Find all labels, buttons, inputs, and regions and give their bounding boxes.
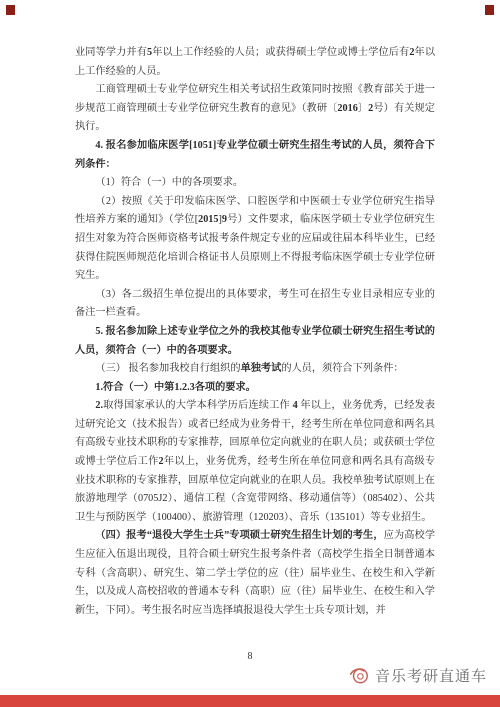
red-corner-mark-right [485,5,494,15]
text-run: 2. [95,400,103,411]
text-run: 2016 [337,103,357,114]
page: 业同等学力并有5年以上工作经验的人员；或获得硕士学位或博士学位后有2年以上工作经… [0,0,500,707]
red-corner-mark-left [6,5,15,15]
text-run: （四）报考“退役大学生士兵”专项硕士研究生招生计划的考生， [95,530,383,541]
text-run: （1）符合（一）中的各项要求。 [95,177,243,188]
paragraph: （3）各二级招生单位提出的具体要求，考生可在招生专业目录相应专业的备注一栏查看。 [75,286,435,323]
paragraph: 1.符合（一）中第1.2.3各项的要求。 [75,379,435,398]
text-run: 的人员，须符合下列条件： [281,363,403,374]
text-run: 年以上工作经验的人员；或获得硕士学位或博士学位后有 [152,47,409,58]
text-run: 2015 [198,214,218,225]
text-run: 业同等学力并有 [75,47,147,58]
paragraph: （1）符合（一）中的各项要求。 [75,174,435,193]
watermark: 音乐考研直通车 [348,664,487,686]
text-run: 单独考试 [241,363,282,374]
text-run: 应为高校学生应征入伍退出现役，且符合硕士研究生报考条件者（高校学生指全日制普通本… [75,530,435,615]
text-run: 4. 报名参加临床医学[1051]专业学位硕士研究生招生考试的人员，须符合下列条… [75,140,435,170]
paragraph: 业同等学力并有5年以上工作经验的人员；或获得硕士学位或博士学位后有2年以上工作经… [75,44,435,81]
paragraph: 5. 报名参加除上述专业学位之外的我校其他专业学位硕士研究生招生考试的人员，须符… [75,323,435,360]
paragraph: 4. 报名参加临床医学[1051]专业学位硕士研究生招生考试的人员，须符合下列条… [75,137,435,174]
footer-red-bar [0,695,500,707]
paragraph: 2.取得国家承认的大学本科学历后连续工作 4 年以上，业务优秀，已经发表过研究论… [75,397,435,527]
page-number: 8 [0,651,500,662]
paragraph: （三） 报名参加我校自行组织的单独考试的人员，须符合下列条件： [75,360,435,379]
text-run: 5. 报名参加除上述专业学位之外的我校其他专业学位硕士研究生招生考试的人员，须符… [75,326,435,356]
brand-name: 音乐考研直通车 [375,665,487,686]
paragraph: 工商管理硕士专业学位研究生相关考试招生政策同时按照《教育部关于进一步规范工商管理… [75,81,435,137]
text-run: （三） 报名参加我校自行组织的 [95,363,240,374]
text-run: 1.符合（一）中第1.2.3各项的要求。 [95,382,255,393]
text-run: 取得国家承认的大学本科学历后连续工作 [103,400,293,411]
paragraph: （2）按照《关于印发临床医学、口腔医学和中医硕士专业学位研究生指导性培养方案的通… [75,193,435,286]
document-body: 业同等学力并有5年以上工作经验的人员；或获得硕士学位或博士学位后有2年以上工作经… [75,44,435,620]
text-run: （3）各二级招生单位提出的具体要求，考生可在招生专业目录相应专业的备注一栏查看。 [75,289,435,319]
brand-logo-icon [348,664,370,686]
paragraph: （四）报考“退役大学生士兵”专项硕士研究生招生计划的考生，应为高校学生应征入伍退… [75,527,435,620]
text-run: 〕 [358,103,368,114]
